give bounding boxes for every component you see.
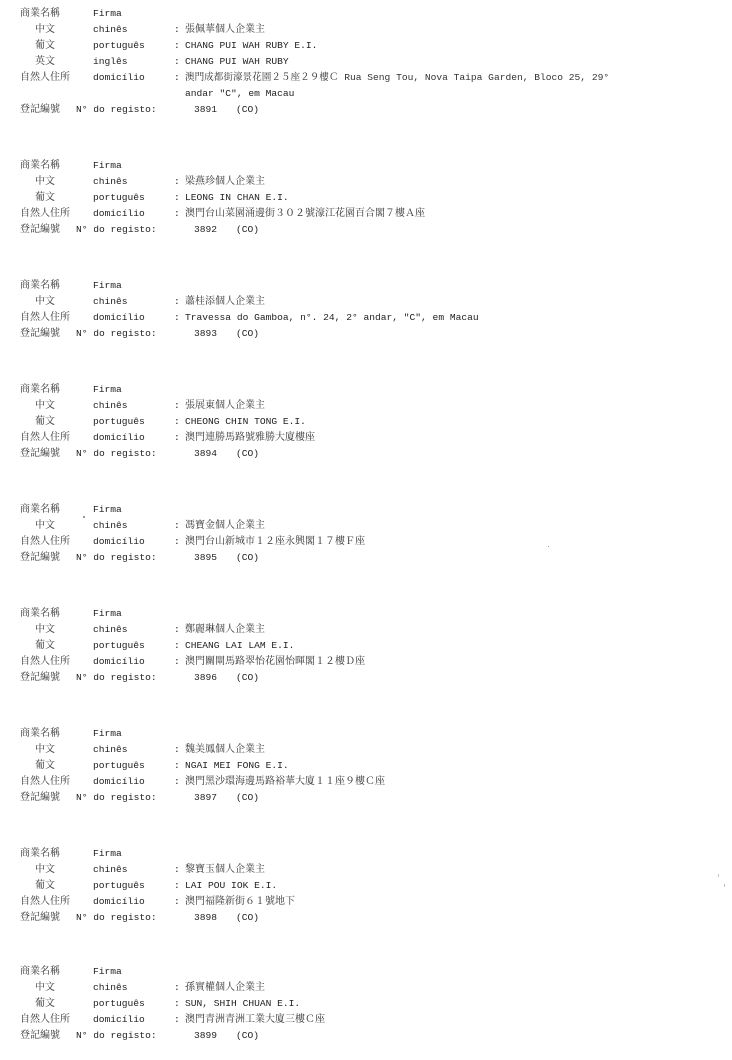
- portuguese-name: SUN, SHIH CHUAN E.I.: [185, 996, 300, 1012]
- separator: :: [174, 430, 180, 446]
- registration-number: 3896: [194, 670, 217, 686]
- scan-speck: [548, 546, 549, 547]
- scan-speck: [724, 884, 725, 887]
- domicile-address: 澳門福隆新街６１號地下: [185, 894, 295, 910]
- registo-row: 登記編號 N° do registo: 3894 (CO): [20, 446, 720, 462]
- registo-label-zh: 登記編號: [20, 670, 60, 686]
- separator: :: [174, 878, 180, 894]
- domicilio-label-zh: 自然人住所: [20, 1012, 70, 1028]
- separator: :: [174, 294, 180, 310]
- registration-number: 3895: [194, 550, 217, 566]
- chines-row: 中文 chinês : 張展東個人企業主: [20, 398, 720, 414]
- separator: :: [174, 996, 180, 1012]
- portugues-label-pt: português: [93, 996, 145, 1012]
- registration-code: (CO): [236, 446, 259, 462]
- english-name: CHANG PUI WAH RUBY: [185, 54, 289, 70]
- firma-label-pt: Firma: [93, 278, 122, 294]
- domicile-address: 澳門青洲青洲工業大廈三樓Ｃ座: [185, 1012, 325, 1028]
- scan-speck: [718, 874, 719, 877]
- portugues-row: 葡文 português : CHANG PUI WAH RUBY E.I.: [20, 38, 720, 54]
- domicilio-label-zh: 自然人住所: [20, 310, 70, 326]
- chines-row: 中文 chinês : 魏美鳳個人企業主: [20, 742, 720, 758]
- firma-row: 商業名稱 Firma: [20, 846, 720, 862]
- registo-label-pt: N° do registo:: [76, 222, 157, 238]
- chines-row: 中文 chinês : 黎寶玉個人企業主: [20, 862, 720, 878]
- chines-label-pt: chinês: [93, 294, 128, 310]
- registo-label-zh: 登記編號: [20, 790, 60, 806]
- chines-label-zh: 中文: [35, 174, 55, 190]
- portuguese-name: LEONG IN CHAN E.I.: [185, 190, 289, 206]
- firma-label-pt: Firma: [93, 382, 122, 398]
- chines-label-zh: 中文: [35, 294, 55, 310]
- separator: :: [174, 54, 180, 70]
- registration-code: (CO): [236, 222, 259, 238]
- separator: :: [174, 534, 180, 550]
- chines-label-pt: chinês: [93, 398, 128, 414]
- registry-record: 商業名稱 Firma 中文 chinês : 張展東個人企業主 葡文 portu…: [20, 382, 720, 462]
- registo-label-pt: N° do registo:: [76, 550, 157, 566]
- registo-row: 登記編號 N° do registo: 3891 (CO): [20, 102, 720, 118]
- separator: :: [174, 38, 180, 54]
- domicilio-label-pt: domicílio: [93, 534, 145, 550]
- separator: :: [174, 1012, 180, 1028]
- chines-label-pt: chinês: [93, 980, 128, 996]
- firma-label-zh: 商業名稱: [20, 964, 60, 980]
- registration-code: (CO): [236, 1028, 259, 1044]
- domicilio-row: 自然人住所 domicílio : 澳門成都街濠景花園２５座２９樓Ｃ Rua S…: [20, 70, 720, 102]
- firma-label-pt: Firma: [93, 502, 122, 518]
- chinese-name: 梁燕珍個人企業主: [185, 174, 265, 190]
- registo-label-pt: N° do registo:: [76, 1028, 157, 1044]
- domicilio-label-zh: 自然人住所: [20, 894, 70, 910]
- chinese-name: 孫實權個人企業主: [185, 980, 265, 996]
- portugues-label-pt: português: [93, 878, 145, 894]
- chinese-name: 鄭麗琳個人企業主: [185, 622, 265, 638]
- domicile-address: 澳門台山菜園涌邊街３０２號濠江花園百合閣７樓Ａ座: [185, 206, 425, 222]
- firma-label-zh: 商業名稱: [20, 726, 60, 742]
- registry-record: 商業名稱 Firma 中文 chinês : 孫實權個人企業主 葡文 portu…: [20, 964, 720, 1044]
- firma-label-pt: Firma: [93, 158, 122, 174]
- firma-label-pt: Firma: [93, 964, 122, 980]
- separator: :: [174, 206, 180, 222]
- chines-row: 中文 chinês : 蕭桂添個人企業主: [20, 294, 720, 310]
- registo-row: 登記編號 N° do registo: 3893 (CO): [20, 326, 720, 342]
- separator: :: [174, 22, 180, 38]
- domicile-address: 澳門成都街濠景花園２５座２９樓Ｃ Rua Seng Tou, Nova Taip…: [185, 70, 609, 86]
- chines-label-pt: chinês: [93, 622, 128, 638]
- portugues-label-zh: 葡文: [35, 190, 55, 206]
- registo-label-zh: 登記編號: [20, 446, 60, 462]
- separator: :: [174, 174, 180, 190]
- separator: :: [174, 398, 180, 414]
- chinese-name: 魏美鳳個人企業主: [185, 742, 265, 758]
- domicile-address: Travessa do Gamboa, n°. 24, 2° andar, "C…: [185, 310, 479, 326]
- separator: :: [174, 70, 180, 86]
- domicile-address: 澳門黑沙環海邊馬路裕華大廈１１座９樓Ｃ座: [185, 774, 385, 790]
- chines-row: 中文 chinês : 孫實權個人企業主: [20, 980, 720, 996]
- portugues-row: 葡文 português : SUN, SHIH CHUAN E.I.: [20, 996, 720, 1012]
- registo-label-zh: 登記編號: [20, 550, 60, 566]
- chines-label-zh: 中文: [35, 518, 55, 534]
- registration-number: 3891: [194, 102, 217, 118]
- portugues-label-pt: português: [93, 758, 145, 774]
- registration-code: (CO): [236, 326, 259, 342]
- separator: :: [174, 310, 180, 326]
- separator: :: [174, 758, 180, 774]
- chines-label-pt: chinês: [93, 862, 128, 878]
- separator: :: [174, 742, 180, 758]
- chines-row: 中文 chinês : 張佩華個人企業主: [20, 22, 720, 38]
- registration-code: (CO): [236, 550, 259, 566]
- registration-number: 3893: [194, 326, 217, 342]
- domicilio-row: 自然人住所 domicílio : 澳門青洲青洲工業大廈三樓Ｃ座: [20, 1012, 720, 1028]
- chines-row: 中文 chinês : 鄭麗琳個人企業主: [20, 622, 720, 638]
- registo-label-zh: 登記編號: [20, 326, 60, 342]
- separator: :: [174, 774, 180, 790]
- domicilio-label-pt: domicílio: [93, 206, 145, 222]
- chines-label-pt: chinês: [93, 22, 128, 38]
- registo-label-pt: N° do registo:: [76, 910, 157, 926]
- firma-label-zh: 商業名稱: [20, 846, 60, 862]
- chines-label-zh: 中文: [35, 862, 55, 878]
- chines-label-zh: 中文: [35, 22, 55, 38]
- registration-number: 3897: [194, 790, 217, 806]
- registry-record: 商業名稱 Firma 中文 chinês : 鄭麗琳個人企業主 葡文 portu…: [20, 606, 720, 686]
- firma-label-zh: 商業名稱: [20, 606, 60, 622]
- registry-page: 商業名稱 Firma 中文 chinês : 張佩華個人企業主 葡文 portu…: [0, 0, 732, 1060]
- registration-number: 3894: [194, 446, 217, 462]
- firma-label-pt: Firma: [93, 726, 122, 742]
- firma-row: 商業名稱 Firma: [20, 964, 720, 980]
- chines-label-pt: chinês: [93, 174, 128, 190]
- firma-row: 商業名稱 Firma: [20, 6, 720, 22]
- domicile-address: 澳門關閘馬路翠怡花園怡暉閣１２樓Ｄ座: [185, 654, 365, 670]
- registration-number: 3892: [194, 222, 217, 238]
- portugues-row: 葡文 português : NGAI MEI FONG E.I.: [20, 758, 720, 774]
- separator: :: [174, 638, 180, 654]
- portugues-label-pt: português: [93, 638, 145, 654]
- chinese-name: 馮寶金個人企業主: [185, 518, 265, 534]
- domicilio-row: 自然人住所 domicílio : 澳門台山新城市１２座永興閣１７樓Ｆ座: [20, 534, 720, 550]
- registration-code: (CO): [236, 910, 259, 926]
- firma-label-zh: 商業名稱: [20, 158, 60, 174]
- domicilio-label-pt: domicílio: [93, 774, 145, 790]
- ingles-label-pt: inglês: [93, 54, 128, 70]
- chines-label-zh: 中文: [35, 980, 55, 996]
- domicilio-row: 自然人住所 domicílio : 澳門連勝馬路號雅勝大廈樓座: [20, 430, 720, 446]
- portugues-label-zh: 葡文: [35, 758, 55, 774]
- firma-row: 商業名稱 Firma: [20, 606, 720, 622]
- registo-row: 登記編號 N° do registo: 3897 (CO): [20, 790, 720, 806]
- registo-row: 登記編號 N° do registo: 3896 (CO): [20, 670, 720, 686]
- registo-label-pt: N° do registo:: [76, 790, 157, 806]
- registo-label-pt: N° do registo:: [76, 670, 157, 686]
- registo-row: 登記編號 N° do registo: 3895 (CO): [20, 550, 720, 566]
- registry-record: 商業名稱 Firma 中文 chinês : 黎寶玉個人企業主 葡文 portu…: [20, 846, 720, 926]
- firma-row: 商業名稱 Firma: [20, 726, 720, 742]
- domicilio-label-zh: 自然人住所: [20, 534, 70, 550]
- registo-row: 登記編號 N° do registo: 3899 (CO): [20, 1028, 720, 1044]
- firma-label-pt: Firma: [93, 606, 122, 622]
- registo-label-zh: 登記編號: [20, 910, 60, 926]
- domicile-address: 澳門台山新城市１２座永興閣１７樓Ｆ座: [185, 534, 365, 550]
- firma-row: 商業名稱 Firma: [20, 382, 720, 398]
- portugues-label-pt: português: [93, 38, 145, 54]
- registo-label-pt: N° do registo:: [76, 326, 157, 342]
- domicilio-label-pt: domicílio: [93, 894, 145, 910]
- registo-label-zh: 登記編號: [20, 102, 60, 118]
- registry-record: 商業名稱 Firma 中文 chinês : 梁燕珍個人企業主 葡文 portu…: [20, 158, 720, 238]
- registry-record: 商業名稱 Firma 中文 chinês : 張佩華個人企業主 葡文 portu…: [20, 6, 720, 118]
- registry-record: 商業名稱 Firma 中文 chinês : 蕭桂添個人企業主 自然人住所 do…: [20, 278, 720, 342]
- chinese-name: 黎寶玉個人企業主: [185, 862, 265, 878]
- chines-row: 中文 chinês : 梁燕珍個人企業主: [20, 174, 720, 190]
- domicilio-label-zh: 自然人住所: [20, 654, 70, 670]
- chines-label-zh: 中文: [35, 742, 55, 758]
- portugues-label-zh: 葡文: [35, 414, 55, 430]
- registration-code: (CO): [236, 670, 259, 686]
- registry-record: 商業名稱 Firma 中文 chinês : 魏美鳳個人企業主 葡文 portu…: [20, 726, 720, 806]
- separator: :: [174, 654, 180, 670]
- chines-label-zh: 中文: [35, 622, 55, 638]
- domicilio-label-pt: domicílio: [93, 1012, 145, 1028]
- portuguese-name: CHEONG CHIN TONG E.I.: [185, 414, 306, 430]
- registo-label-zh: 登記編號: [20, 222, 60, 238]
- firma-label-zh: 商業名稱: [20, 382, 60, 398]
- portugues-label-zh: 葡文: [35, 996, 55, 1012]
- firma-label-zh: 商業名稱: [20, 6, 60, 22]
- portugues-label-pt: português: [93, 414, 145, 430]
- separator: :: [174, 518, 180, 534]
- registration-code: (CO): [236, 790, 259, 806]
- portuguese-name: NGAI MEI FONG E.I.: [185, 758, 289, 774]
- separator: :: [174, 622, 180, 638]
- registo-row: 登記編號 N° do registo: 3892 (CO): [20, 222, 720, 238]
- domicilio-label-pt: domicílio: [93, 430, 145, 446]
- separator: :: [174, 414, 180, 430]
- firma-label-pt: Firma: [93, 6, 122, 22]
- domicilio-label-zh: 自然人住所: [20, 774, 70, 790]
- registration-code: (CO): [236, 102, 259, 118]
- portugues-row: 葡文 português : LAI POU IOK E.I.: [20, 878, 720, 894]
- chinese-name: 張展東個人企業主: [185, 398, 265, 414]
- chines-row: 中文 chinês : 馮寶金個人企業主: [20, 518, 720, 534]
- portugues-label-zh: 葡文: [35, 638, 55, 654]
- domicilio-label-zh: 自然人住所: [20, 70, 70, 86]
- firma-row: 商業名稱 Firma: [20, 278, 720, 294]
- domicilio-row: 自然人住所 domicílio : 澳門黑沙環海邊馬路裕華大廈１１座９樓Ｃ座: [20, 774, 720, 790]
- domicilio-row: 自然人住所 domicílio : 澳門關閘馬路翠怡花園怡暉閣１２樓Ｄ座: [20, 654, 720, 670]
- separator: :: [174, 862, 180, 878]
- registo-label-pt: N° do registo:: [76, 446, 157, 462]
- separator: :: [174, 894, 180, 910]
- firma-label-pt: Firma: [93, 846, 122, 862]
- registo-row: 登記編號 N° do registo: 3898 (CO): [20, 910, 720, 926]
- separator: :: [174, 190, 180, 206]
- domicilio-row: 自然人住所 domicílio : 澳門福隆新街６１號地下: [20, 894, 720, 910]
- domicilio-row: 自然人住所 domicílio : Travessa do Gamboa, n°…: [20, 310, 720, 326]
- portugues-label-zh: 葡文: [35, 38, 55, 54]
- registo-label-pt: N° do registo:: [76, 102, 157, 118]
- registration-number: 3899: [194, 1028, 217, 1044]
- chinese-name: 蕭桂添個人企業主: [185, 294, 265, 310]
- portuguese-name: LAI POU IOK E.I.: [185, 878, 277, 894]
- registry-record: 商業名稱 Firma 中文 chinês : 馮寶金個人企業主 自然人住所 do…: [20, 502, 720, 566]
- chinese-name: 張佩華個人企業主: [185, 22, 265, 38]
- firma-label-zh: 商業名稱: [20, 502, 60, 518]
- registo-label-zh: 登記編號: [20, 1028, 60, 1044]
- domicilio-row: 自然人住所 domicílio : 澳門台山菜園涌邊街３０２號濠江花園百合閣７樓…: [20, 206, 720, 222]
- firma-row: 商業名稱 Firma: [20, 502, 720, 518]
- domicilio-label-pt: domicílio: [93, 654, 145, 670]
- chines-label-zh: 中文: [35, 398, 55, 414]
- firma-label-zh: 商業名稱: [20, 278, 60, 294]
- domicile-address-line2: andar "C", em Macau: [185, 86, 294, 102]
- domicile-address: 澳門連勝馬路號雅勝大廈樓座: [185, 430, 315, 446]
- portuguese-name: CHANG PUI WAH RUBY E.I.: [185, 38, 317, 54]
- portugues-row: 葡文 português : LEONG IN CHAN E.I.: [20, 190, 720, 206]
- portugues-row: 葡文 português : CHEONG CHIN TONG E.I.: [20, 414, 720, 430]
- domicilio-label-pt: domicílio: [93, 310, 145, 326]
- portuguese-name: CHEANG LAI LAM E.I.: [185, 638, 294, 654]
- domicilio-label-pt: domicílio: [93, 70, 145, 86]
- domicilio-label-zh: 自然人住所: [20, 430, 70, 446]
- registration-number: 3898: [194, 910, 217, 926]
- ingles-row: 英文 inglês : CHANG PUI WAH RUBY: [20, 54, 720, 70]
- chines-label-pt: chinês: [93, 518, 128, 534]
- portugues-row: 葡文 português : CHEANG LAI LAM E.I.: [20, 638, 720, 654]
- firma-row: 商業名稱 Firma: [20, 158, 720, 174]
- portugues-label-pt: português: [93, 190, 145, 206]
- domicilio-label-zh: 自然人住所: [20, 206, 70, 222]
- chines-label-pt: chinês: [93, 742, 128, 758]
- separator: :: [174, 980, 180, 996]
- portugues-label-zh: 葡文: [35, 878, 55, 894]
- ingles-label-zh: 英文: [35, 54, 55, 70]
